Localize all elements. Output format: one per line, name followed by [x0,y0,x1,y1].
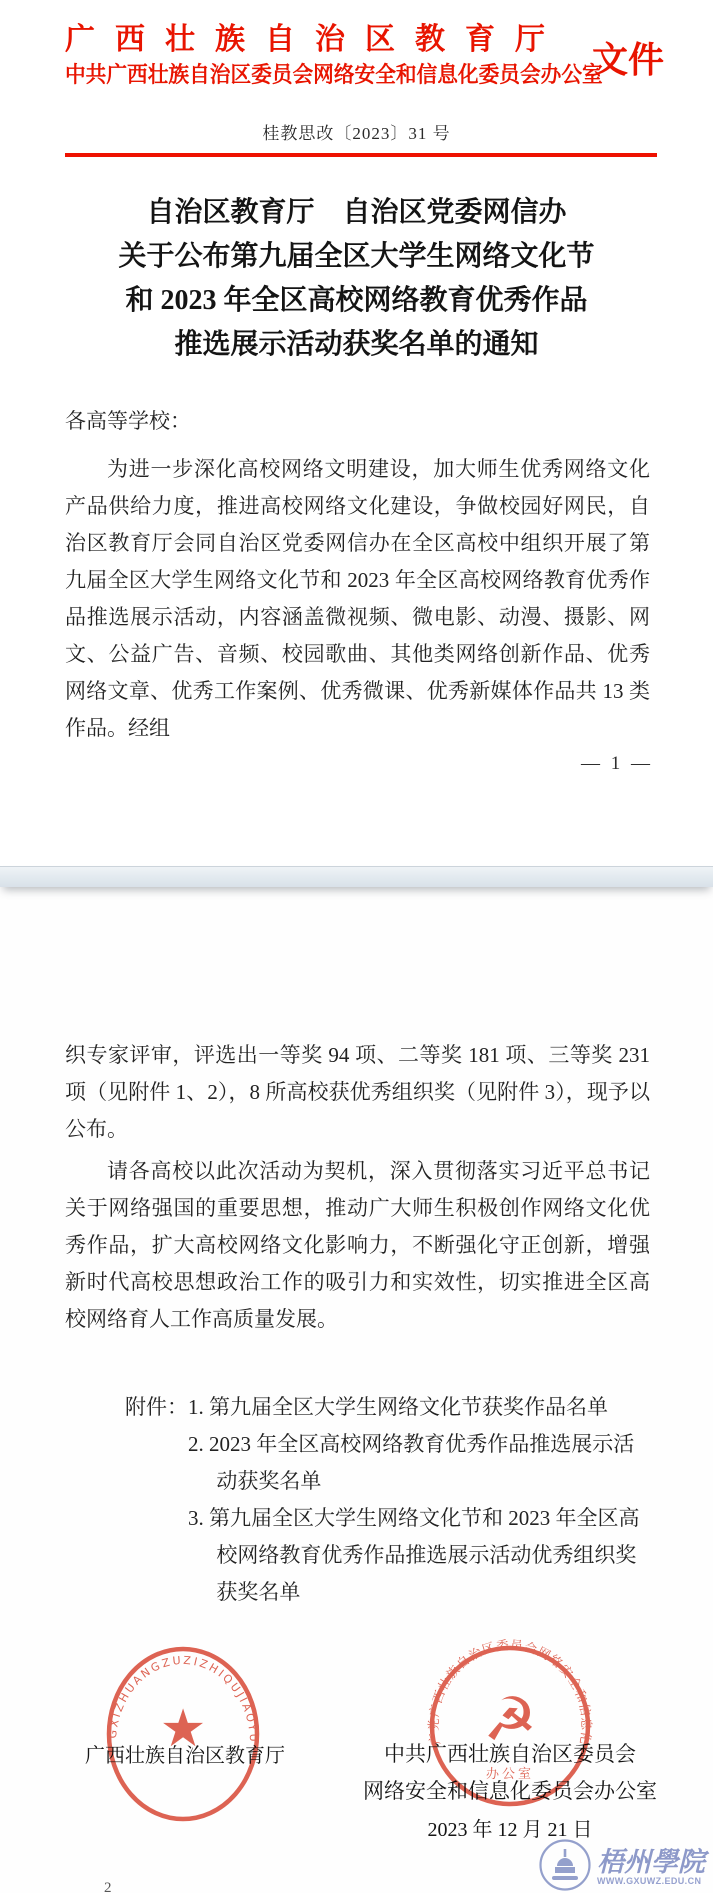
red-letterhead: 广西壮族自治区教育厅 中共广西壮族自治区委员会网络安全和信息化委员会办公室 [65,23,673,89]
scanned-official-document: 广西壮族自治区教育厅 中共广西壮族自治区委员会网络安全和信息化委员会办公室 文件… [0,0,713,1893]
title-line: 关于公布第九届全区大学生网络文化节 [0,235,713,279]
page-separator-band [0,866,713,887]
attachment-item: 3. 第九届全区大学生网络文化节和 2023 年全区高校网络教育优秀作品推选展示… [188,1500,650,1611]
document-page-1: 广西壮族自治区教育厅 中共广西壮族自治区委员会网络安全和信息化委员会办公室 文件… [0,0,713,866]
page1-body: 各高等学校： 为进一步深化高校网络文明建设，加大师生优秀网络文化产品供给力度，推… [0,403,713,747]
body-paragraph-1-continued: 织专家评审，评选出一等奖 94 项、二等奖 181 项、三等奖 231 项（见附… [65,1037,650,1148]
star-icon: ★ [160,1699,207,1759]
attachment-item: 1. 第九届全区大学生网络文化节获奖作品名单 [188,1389,650,1426]
salutation: 各高等学校： [65,403,650,440]
hammer-and-sickle-icon: ☭ [483,1685,537,1755]
official-seal-education-dept: GUANGXIZHUANGZUZIZHIQUJIAOYUTING ★ [102,1643,264,1830]
title-line: 和 2023 年全区高校网络教育优秀作品 [0,279,713,323]
official-seal-cyberspace-office: 中国共产党广西壮族自治区委员会网络安全和信息化委员会 ☭ 办公室 [426,1634,594,1825]
body-paragraph-1: 为进一步深化高校网络文明建设，加大师生优秀网络文化产品供给力度，推进高校网络文化… [65,451,650,747]
red-divider-line [65,153,657,157]
document-number: 桂教思改〔2023〕31 号 [0,119,713,144]
university-url: WWW.GXUWZ.EDU.CN [597,1876,701,1886]
document-title: 自治区教育厅 自治区党委网信办 关于公布第九届全区大学生网络文化节 和 2023… [0,191,713,367]
attachment-item: 2. 2023 年全区高校网络教育优秀作品推选展示活动获奖名单 [188,1426,650,1500]
seal-bottom-label: 办公室 [486,1766,534,1782]
university-emblem-icon [538,1838,592,1893]
agency-name-primary: 广西壮族自治区教育厅 [65,23,673,56]
university-watermark: 梧州學院 WWW.GXUWZ.EDU.CN [538,1838,705,1893]
title-line: 自治区教育厅 自治区党委网信办 [0,191,713,235]
university-name: 梧州學院 [597,1849,705,1876]
title-line: 推选展示活动获奖名单的通知 [0,323,713,367]
document-type-label: 文件 [592,42,664,78]
body-paragraph-2: 请各高校以此次活动为契机，深入贯彻落实习近平总书记关于网络强国的重要思想，推动广… [65,1153,650,1338]
page-number-1: — 1 — [581,753,653,775]
page-number-2-partial: 2 [104,1880,112,1893]
page2-body: 织专家评审，评选出一等奖 94 项、二等奖 181 项、三等奖 231 项（见附… [0,886,713,1611]
agency-name-secondary: 中共广西壮族自治区委员会网络安全和信息化委员会办公室 [65,63,603,87]
attachments-list: 1. 第九届全区大学生网络文化节获奖作品名单 2. 2023 年全区高校网络教育… [188,1389,650,1611]
attachments-block: 附件： 1. 第九届全区大学生网络文化节获奖作品名单 2. 2023 年全区高校… [125,1389,650,1611]
document-page-2: 织专家评审，评选出一等奖 94 项、二等奖 181 项、三等奖 231 项（见附… [0,886,713,1893]
attachments-label: 附件： [125,1389,188,1611]
agency-name-secondary-wrap: 中共广西壮族自治区委员会网络安全和信息化委员会办公室 [65,63,673,89]
